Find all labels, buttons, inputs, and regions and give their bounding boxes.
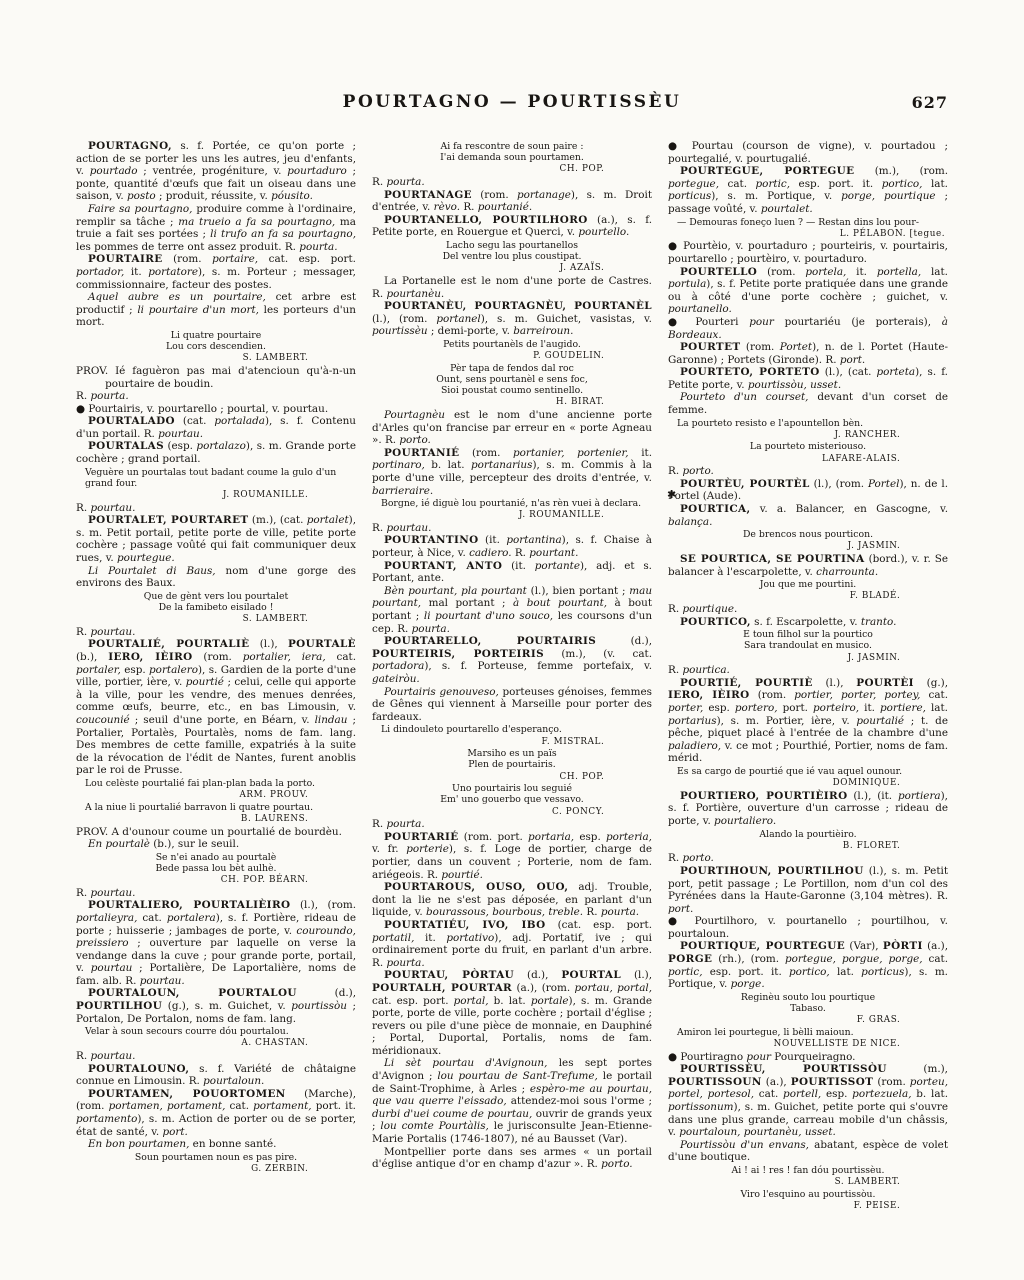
paragraph: Li sèt pourtau d'Avignoun, les sept port… [372, 1057, 652, 1145]
citation-author: P. GOUDELIN. [372, 351, 652, 362]
dictionary-entry: POURTALAS (esp. portalazo), s. m. Grande… [76, 440, 356, 465]
example-quote: Lou celèste pourtalié fai plan-plan bada… [76, 778, 356, 789]
page-number: 627 [912, 93, 948, 112]
citation-author: B. FLORET. [668, 841, 948, 852]
dictionary-entry: POURTANIÉ (rom. portanier, portenier, it… [372, 447, 652, 497]
cross-reference: R. pourtique. [668, 603, 948, 616]
cross-reference: R. pourta. [76, 390, 356, 403]
paragraph: Bèn pourtant, pla pourtant (l.), bien po… [372, 585, 652, 635]
citation-author: CH. POP. BÉARN. [76, 875, 356, 886]
cross-reference: ● Pourtilhoro, v. pourtanello ; pourtilh… [668, 915, 948, 940]
cross-reference: ● Pourtairis, v. pourtarello ; pourtal, … [76, 403, 356, 416]
column-3: ● Pourtau (courson de vigne), v. pourtad… [668, 140, 948, 1213]
dictionary-entry: POURTÈU, POURTÈL (l.), (rom. Portel), n.… [668, 478, 948, 503]
citation-author: F. PEISE. [668, 1201, 948, 1212]
cross-reference: ● Pourtau (courson de vigne), v. pourtad… [668, 140, 948, 165]
citation-author: NOUVELLISTE DE NICE. [668, 1039, 948, 1050]
citation-author: L. PÉLABON. [tegue. [668, 229, 948, 240]
cross-reference: ● Pourteri pour pourtariéu (je porterais… [668, 316, 948, 341]
paragraph: Pourtissòu d'un envans, abatant, espèce … [668, 1139, 948, 1164]
citation-author: H. BIRAT. [372, 397, 652, 408]
citation-author: F. GRAS. [668, 1015, 948, 1026]
cross-reference: R. pourtau. [372, 522, 652, 535]
cross-reference: R. pourtau. [76, 887, 356, 900]
paragraph: En bon pourtamen, en bonne santé. [76, 1138, 356, 1151]
example-quote: A la niue li pourtalié barravon li quatr… [76, 802, 356, 813]
citation-author: S. LAMBERT. [76, 614, 356, 625]
dictionary-entry: POURTANTINO (it. portantina), s. f. Chai… [372, 534, 652, 559]
cross-reference: R. pourta. [372, 176, 652, 189]
citation-author: J. ROUMANILLE. [372, 510, 652, 521]
citation-author: S. LAMBERT. [76, 353, 356, 364]
dictionary-entry: POURTAIRE (rom. portaire, cat. esp. port… [76, 253, 356, 291]
citation-author: B. LAURENS. [76, 814, 356, 825]
dictionary-entry: POURTEGUE, PORTEGUE (m.), (rom. portegue… [668, 165, 948, 215]
dictionary-entry: POURTIÉ, POURTIÈ (l.), POURTÈI (g.), IER… [668, 677, 948, 765]
citation-author: A. CHASTAN. [76, 1038, 356, 1049]
cross-reference: R. pourtica. [668, 664, 948, 677]
citation-author: LAFARE-ALAIS. [668, 454, 948, 465]
proverb: PROV. A d'ounour coume un pourtalié de b… [76, 826, 356, 839]
example-quote: Es sa cargo de pourtié que ié vau aquel … [668, 766, 948, 777]
example-quote: — Demouras foneço luen ? — Restan dins l… [668, 217, 948, 228]
dictionary-entry: POURTELLO (rom. portela, it. portella, l… [668, 266, 948, 316]
citation-author: CH. POP. [372, 164, 652, 175]
dictionary-entry: POURTICA, v. a. Balancer, en Gascogne, v… [668, 503, 948, 528]
proverb: PROV. Ié faguèron pas mai d'atencioun qu… [76, 365, 356, 390]
cross-reference: R. porto. [668, 852, 948, 865]
text-columns: POURTAGNO, s. f. Portée, ce qu'on porte … [0, 132, 1024, 1213]
verse-quote: La pourteto misteriouso. [668, 441, 948, 452]
verse-quote: Alando la pourtièiro. [668, 829, 948, 840]
dictionary-entry: POURTIQUE, POURTEGUE (Var), PÒRTI (a.), … [668, 940, 948, 990]
dictionary-entry: POURTANT, ANTO (it. portante), adj. et s… [372, 560, 652, 585]
verse-quote: Lacho segu las pourtanellosDel ventre lo… [372, 240, 652, 262]
page-title: POURTAGNO — POURTISSÈU [70, 92, 954, 112]
dictionary-entry: POURTAMEN, POUORTOMEN (Marche), (rom. po… [76, 1088, 356, 1138]
paragraph: Aquel aubre es un pourtaire, cet arbre e… [76, 291, 356, 329]
page-header: POURTAGNO — POURTISSÈU 627 [70, 92, 954, 122]
dictionary-entry: POURTALOUN, POURTALOU (d.), POURTILHOU (… [76, 987, 356, 1025]
dictionary-entry: POURTARELLO, POURTAIRIS (d.), POURTEIRIS… [372, 635, 652, 685]
cross-reference: R. porto. [668, 465, 948, 478]
paragraph: Pourtairis genouveso, porteuses génoises… [372, 686, 652, 724]
example-quote: Li dindouleto pourtarello d'esperanço. [372, 724, 652, 735]
example-quote: Velar à soun secours courre dóu pourtalo… [76, 1026, 356, 1037]
verse-quote: Ai fa rescontre de soun paire :I'ai dema… [372, 141, 652, 163]
verse-quote: Ai ! ai ! res ! fan dóu pourtissèu. [668, 1165, 948, 1176]
citation-author: F. BLADÉ. [668, 591, 948, 602]
example-quote: Amiron lei pourtegue, li bèlli maioun. [668, 1027, 948, 1038]
paragraph: Li Pourtalet di Baus, nom d'une gorge de… [76, 565, 356, 590]
example-quote: Veguère un pourtalas tout badant coume l… [76, 467, 356, 489]
dictionary-entry: POURTAU, PÒRTAU (d.), POURTAL (l.), POUR… [372, 969, 652, 1057]
example-quote: Borgne, ié diguè lou pourtanié, n'as rèn… [372, 498, 652, 509]
verse-quote: De brencos nous pourticon. [668, 529, 948, 540]
verse-quote: Que de gènt vers lou pourtaletDe la fami… [76, 591, 356, 613]
verse-quote: Reginèu souto lou pourtiqueTabaso. [668, 992, 948, 1014]
dictionary-entry: POURTICO, s. f. Escarpolette, v. tranto. [668, 616, 948, 629]
dictionary-entry: POURTALIÉ, POURTALIÈ (l.), POURTALÈ (b.)… [76, 638, 356, 777]
dictionary-entry: POURTANAGE (rom. portanage), s. m. Droit… [372, 189, 652, 214]
citation-author: C. PONCY. [372, 807, 652, 818]
citation-author: ARM. PROUV. [76, 790, 356, 801]
cross-reference: R. pourtau. [76, 1050, 356, 1063]
dictionary-entry: POURTAGNO, s. f. Portée, ce qu'on porte … [76, 140, 356, 203]
dictionary-entry: POURTALIERO, POURTALIÈIRO (l.), (rom. po… [76, 899, 356, 987]
dictionary-entry: POURTALOUNO, s. f. Variété de châtaigne … [76, 1063, 356, 1088]
margin-asterisk: ✱ [655, 489, 676, 502]
column-2: Ai fa rescontre de soun paire :I'ai dema… [372, 140, 652, 1171]
dictionary-entry: POURTETO, PORTETO (l.), (cat. porteta), … [668, 366, 948, 391]
cross-reference: R. pourta. [372, 818, 652, 831]
dictionary-entry: POURTIHOUN, POURTILHOU (l.), s. m. Petit… [668, 865, 948, 915]
citation-author: J. AZAÏS. [372, 263, 652, 274]
citation-author: J. ROUMANILLE. [76, 490, 356, 501]
paragraph: Pourteto d'un courset, devant d'un corse… [668, 391, 948, 416]
paragraph: La Portanelle est le nom d'une porte de … [372, 275, 652, 300]
dictionary-entry: POURTALADO (cat. portalada), s. f. Conte… [76, 415, 356, 440]
dictionary-entry: POURTAROUS, OUSO, OUO, adj. Trouble, don… [372, 881, 652, 919]
dictionary-entry: SE POURTICA, SE POURTINA (bord.), v. r. … [668, 553, 948, 578]
paragraph: Faire sa pourtagno, produire comme à l'o… [76, 203, 356, 253]
citation-author: DOMINIQUE. [668, 778, 948, 789]
cross-reference: R. pourtau. [76, 502, 356, 515]
paragraph: Montpellier porte dans ses armes « un po… [372, 1146, 652, 1171]
citation-author: G. ZERBIN. [76, 1164, 356, 1175]
citation-author: CH. POP. [372, 772, 652, 783]
verse-quote: E toun filhol sur la pourticoSara trando… [668, 629, 948, 651]
verse-quote: Li quatre pourtaireLou cors descendien. [76, 330, 356, 352]
paragraph: Pourtagnèu est le nom d'une ancienne por… [372, 409, 652, 447]
citation-author: J. RANCHER. [668, 430, 948, 441]
verse-quote: Soun pourtamen noun es pas pire. [76, 1152, 356, 1163]
cross-reference: ● Pourtiragno pour Pourqueiragno. [668, 1051, 948, 1064]
verse-quote: Marsiho es un païsPlen de pourtairis. [372, 748, 652, 770]
cross-reference: ● Pourtèio, v. pourtaduro ; pourteiris, … [668, 240, 948, 265]
dictionary-entry: POURTARIÉ (rom. port. portaria, esp. por… [372, 831, 652, 881]
citation-author: J. JASMIN. [668, 541, 948, 552]
dictionary-entry: POURTATIÉU, IVO, IBO (cat. esp. port. po… [372, 919, 652, 969]
dictionary-entry: POURTISSÈU, POURTISSÒU (m.), POURTISSOUN… [668, 1063, 948, 1139]
cross-reference: R. pourtau. [76, 626, 356, 639]
verse-quote: Uno pourtairis lou seguiéEm' uno gouerbo… [372, 783, 652, 805]
example-quote: La pourteto resisto e l'apountellon bèn. [668, 418, 948, 429]
dictionary-entry: POURTANÈU, POURTAGNÈU, POURTANÈL (l.), (… [372, 300, 652, 338]
verse-quote: Jou que me pourtini. [668, 579, 948, 590]
dictionary-entry: POURTALET, POURTARET (m.), (cat. portale… [76, 514, 356, 564]
verse-quote: Pèr tapa de fendos dal rocOunt, sens pou… [372, 363, 652, 397]
dictionary-entry: POURTIERO, POURTIÈIRO (l.), (it. portier… [668, 790, 948, 828]
citation-author: F. MISTRAL. [372, 737, 652, 748]
verse-quote: Viro l'esquino au pourtissòu. [668, 1189, 948, 1200]
verse-quote: Se n'ei anado au pourtalèBede passa lou … [76, 852, 356, 874]
dictionary-entry: POURTANELLO, POURTILHORO (a.), s. f. Pet… [372, 214, 652, 239]
column-1: POURTAGNO, s. f. Portée, ce qu'on porte … [76, 140, 356, 1176]
dictionary-page: POURTAGNO — POURTISSÈU 627 POURTAGNO, s.… [0, 0, 1024, 1280]
verse-quote: Petits pourtanèls de l'augido. [372, 339, 652, 350]
dictionary-entry: POURTET (rom. Portet), n. de l. Portet (… [668, 341, 948, 366]
citation-author: J. JASMIN. [668, 653, 948, 664]
citation-author: S. LAMBERT. [668, 1177, 948, 1188]
paragraph: En pourtalè (b.), sur le seuil. [76, 838, 356, 851]
